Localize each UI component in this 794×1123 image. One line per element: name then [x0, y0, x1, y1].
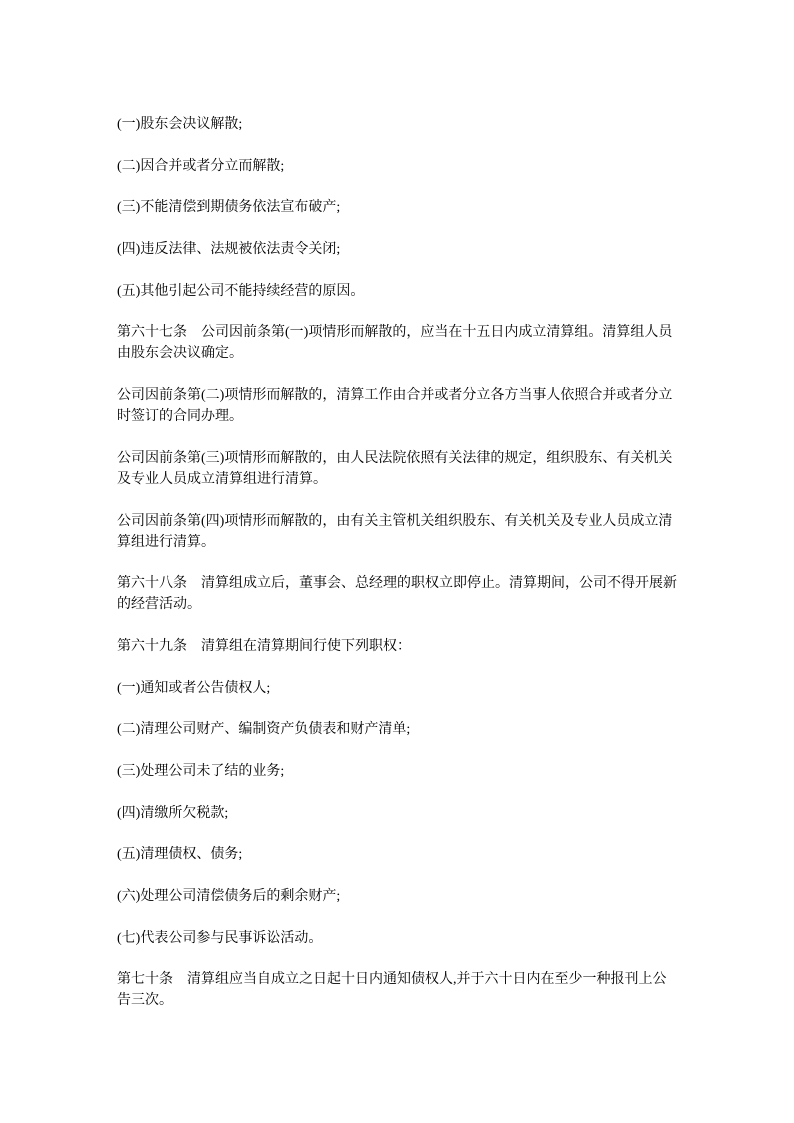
paragraph: (七)代表公司参与民事诉讼活动。 [117, 928, 677, 949]
paragraph: 公司因前条第(三)项情形而解散的，由人民法院依照有关法律的规定，组织股东、有关机… [117, 448, 677, 490]
document-page: (一)股东会决议解散; (二)因合并或者分立而解散; (三)不能清偿到期债务依法… [0, 0, 794, 1123]
paragraph: (三)处理公司未了结的业务; [117, 761, 677, 782]
paragraph: (四)清缴所欠税款; [117, 803, 677, 824]
paragraph: (一)通知或者公告债权人; [117, 678, 677, 699]
paragraph: (六)处理公司清偿债务后的剩余财产; [117, 886, 677, 907]
paragraph: 公司因前条第(四)项情形而解散的，由有关主管机关组织股东、有关机关及专业人员成立… [117, 511, 677, 553]
paragraph: (二)清理公司财产、编制资产负债表和财产清单; [117, 719, 677, 740]
paragraph: (二)因合并或者分立而解散; [117, 156, 677, 177]
paragraph: 第六十九条 清算组在清算期间行使下列职权： [117, 636, 677, 657]
paragraph: 第七十条 清算组应当自成立之日起十日内通知债权人,并于六十日内在至少一种报刊上公… [117, 969, 677, 1011]
paragraph: (一)股东会决议解散; [117, 114, 677, 135]
paragraph: (五)清理债权、债务; [117, 844, 677, 865]
paragraph: (三)不能清偿到期债务依法宣布破产; [117, 197, 677, 218]
document-content: (一)股东会决议解散; (二)因合并或者分立而解散; (三)不能清偿到期债务依法… [117, 114, 677, 1032]
paragraph: 第六十七条 公司因前条第(一)项情形而解散的，应当在十五日内成立清算组。清算组人… [117, 322, 677, 364]
paragraph: (四)违反法律、法规被依法责令关闭; [117, 239, 677, 260]
paragraph: 第六十八条 清算组成立后，董事会、总经理的职权立即停止。清算期间，公司不得开展新… [117, 573, 677, 615]
paragraph: 公司因前条第(二)项情形而解散的，清算工作由合并或者分立各方当事人依照合并或者分… [117, 385, 677, 427]
paragraph: (五)其他引起公司不能持续经营的原因。 [117, 281, 677, 302]
